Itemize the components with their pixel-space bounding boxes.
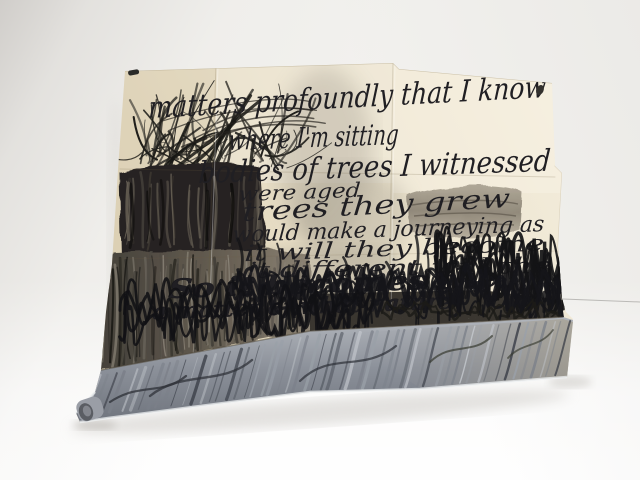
photo-of-artwork: matters profoundly that I know where I'm… bbox=[0, 0, 640, 480]
artwork-photo: matters profoundly that I know where I'm… bbox=[0, 0, 640, 480]
artwork-paper: matters profoundly that I know where I'm… bbox=[74, 63, 573, 423]
wall-seam-line bbox=[563, 299, 640, 302]
